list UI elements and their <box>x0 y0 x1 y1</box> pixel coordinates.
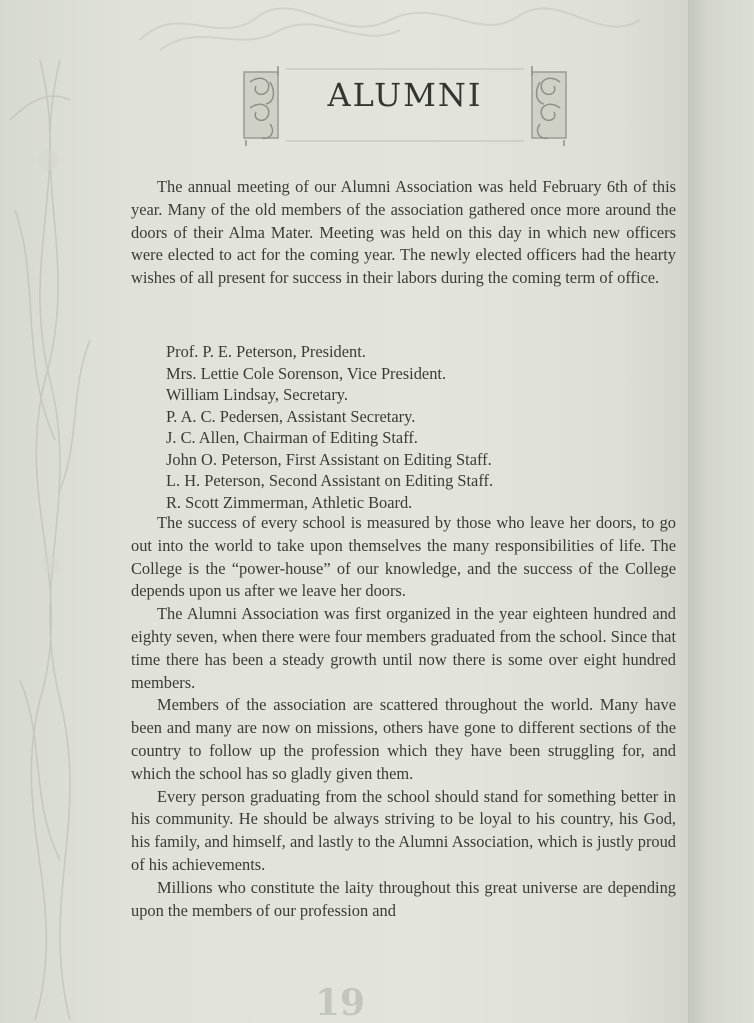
page-folio: 19 <box>315 982 365 1023</box>
officer-item: William Lindsay, Secretary. <box>166 384 493 406</box>
paragraph: Every person graduating from the school … <box>131 786 676 877</box>
top-ornament-icon <box>120 0 660 60</box>
officer-item: Prof. P. E. Peterson, President. <box>166 341 493 363</box>
section-header: ALUMNI <box>240 62 570 148</box>
paragraph: The annual meeting of our Alumni Associa… <box>131 176 676 290</box>
adjacent-page-edge <box>688 0 754 1023</box>
paragraph: The Alumni Association was first organiz… <box>131 603 676 694</box>
paragraph: The success of every school is measured … <box>131 512 676 603</box>
scroll-ornament-left-icon <box>240 62 286 148</box>
paragraph: Members of the association are scattered… <box>131 694 676 785</box>
officer-item: J. C. Allen, Chairman of Editing Staff. <box>166 427 493 449</box>
vine-border-left-icon <box>0 60 130 1020</box>
intro-text: The annual meeting of our Alumni Associa… <box>131 176 676 290</box>
officers-list: Prof. P. E. Peterson, President. Mrs. Le… <box>166 341 493 513</box>
page-title: ALUMNI <box>300 76 510 114</box>
officer-item: John O. Peterson, First Assistant on Edi… <box>166 449 493 471</box>
book-page: ALUMNI The annual meeting of our Alumni … <box>0 0 700 1023</box>
body-text: The success of every school is measured … <box>131 512 676 922</box>
scroll-ornament-right-icon <box>524 62 570 148</box>
officer-item: R. Scott Zimmerman, Athletic Board. <box>166 492 493 514</box>
officer-item: L. H. Peterson, Second Assistant on Edit… <box>166 470 493 492</box>
paragraph: Millions who constitute the laity throug… <box>131 877 676 923</box>
officer-item: P. A. C. Pedersen, Assistant Secretary. <box>166 406 493 428</box>
officer-item: Mrs. Lettie Cole Sorenson, Vice Presiden… <box>166 363 493 385</box>
